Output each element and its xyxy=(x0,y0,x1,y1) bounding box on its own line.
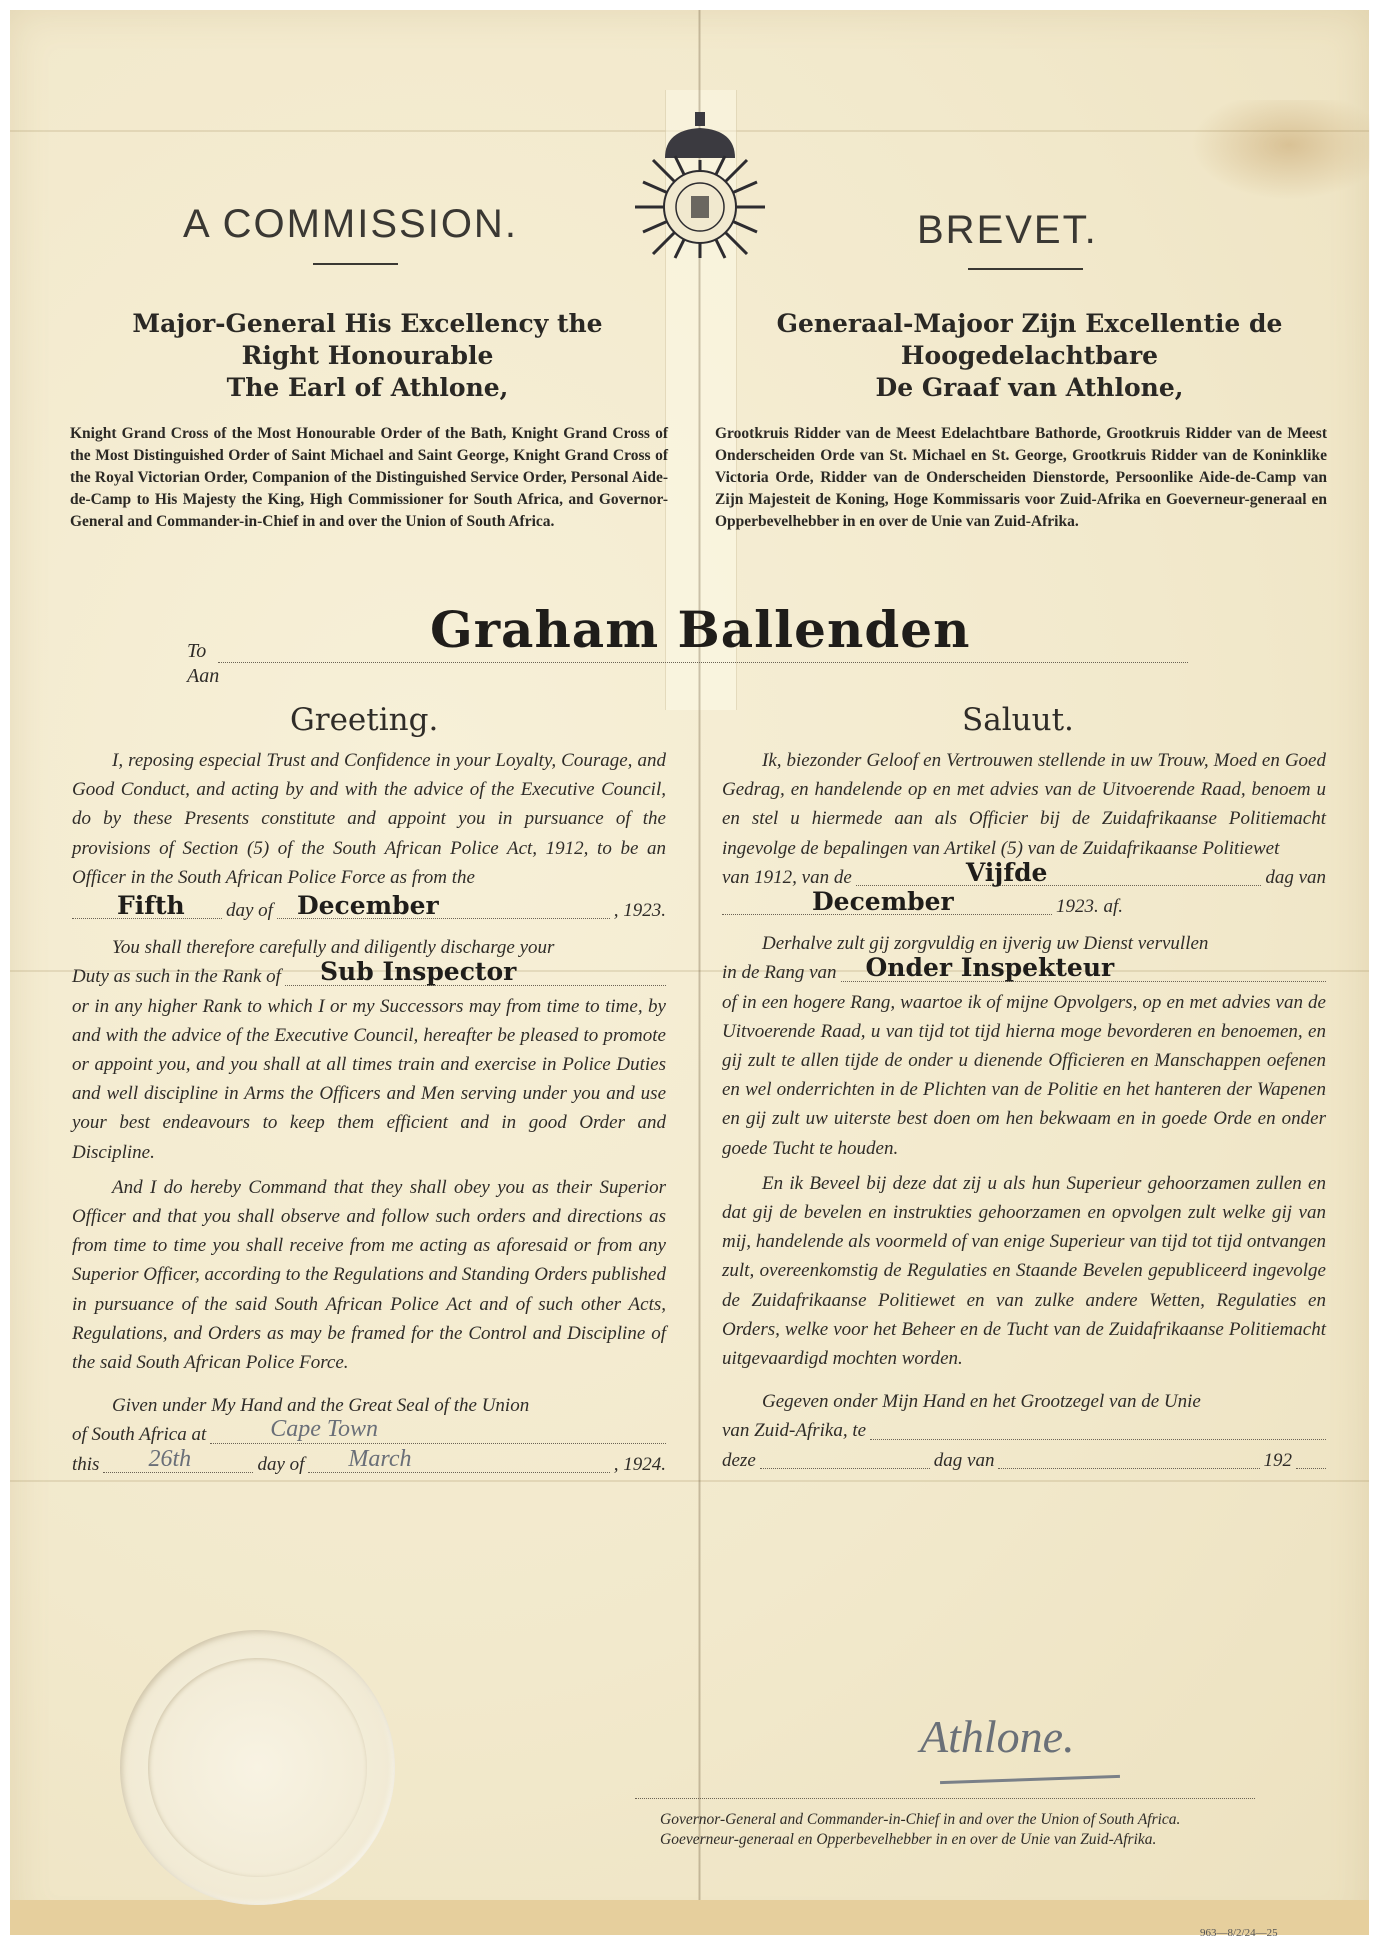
discoloured-edge xyxy=(10,1900,1369,1935)
rank-line: Duty as such in the Rank of Sub Inspecto… xyxy=(72,962,666,991)
af-deze-label: deze xyxy=(722,1446,756,1475)
af-date-year: 1923. af. xyxy=(1056,892,1123,921)
given-day-value: 26th xyxy=(148,1445,191,1474)
commission-document: A COMMISSION. BREVET. Major-General His … xyxy=(10,10,1369,1935)
signature-underline xyxy=(940,1775,1120,1784)
appointment-date-line: Fifth day of December , 1923. xyxy=(72,896,666,925)
rank-label: Duty as such in the Rank of xyxy=(72,962,281,991)
water-stain xyxy=(1190,100,1370,200)
honours-afrikaans: Grootkruis Ridder van de Meest Edelachtb… xyxy=(715,423,1327,533)
day-of-label: day of xyxy=(226,896,273,925)
signature-caption: Governor-General and Commander-in-Chief … xyxy=(660,1810,1180,1850)
af-place-label: van Zuid-Afrika, te xyxy=(722,1416,866,1445)
af-dag-van-label: dag van xyxy=(1265,863,1326,892)
caption-english: Governor-General and Commander-in-Chief … xyxy=(660,1810,1180,1830)
given-day-of-label: day of xyxy=(257,1450,304,1479)
greeting-english: Greeting. xyxy=(290,702,438,738)
english-body: I, reposing especial Trust and Confidenc… xyxy=(72,746,666,1479)
caption-afrikaans: Goeverneur-generaal en Opperbevelhebber … xyxy=(660,1830,1180,1850)
af-year-label: 192 xyxy=(1264,1446,1293,1475)
signature-line xyxy=(635,1798,1255,1799)
place-value: Cape Town xyxy=(270,1415,378,1444)
english-para-3: And I do hereby Command that they shall … xyxy=(72,1173,666,1377)
aan-label: Aan xyxy=(187,665,219,688)
signature: Athlone. xyxy=(920,1710,1075,1763)
afrikaans-para-2-rest: of in een hogere Rang, waartoe ik of mij… xyxy=(722,988,1326,1163)
af-rank-line: in de Rang van Onder Inspekteur xyxy=(722,958,1326,987)
title-english: Major-General His Excellency the Right H… xyxy=(70,308,665,404)
recipient-name: Graham Ballenden xyxy=(430,600,970,659)
great-seal-embossed-icon xyxy=(120,1630,395,1905)
af-given-dag-van-label: dag van xyxy=(934,1446,995,1475)
af-rank-value: Onder Inspekteur xyxy=(866,953,1115,982)
english-para-2-rest: or in any higher Rank to which I or my S… xyxy=(72,992,666,1167)
recipient-line xyxy=(218,662,1188,663)
af-given-line: Gegeven onder Mijn Hand en het Grootzege… xyxy=(722,1387,1326,1416)
given-date-line: this 26th day of March , 1924. xyxy=(72,1450,666,1479)
given-year-label: , 1924. xyxy=(614,1450,666,1479)
this-label: this xyxy=(72,1450,99,1479)
af-given-date-line: deze dag van 192 xyxy=(722,1446,1326,1475)
honours-english: Knight Grand Cross of the Most Honourabl… xyxy=(70,423,668,533)
date-day-value: Fifth xyxy=(117,891,185,920)
heading-english: A COMMISSION. xyxy=(183,202,518,247)
heading-rule xyxy=(313,263,398,265)
fold-line xyxy=(10,1480,1369,1482)
afrikaans-para-1: Ik, biezonder Geloof en Vertrouwen stell… xyxy=(722,746,1326,863)
english-para-1: I, reposing especial Trust and Confidenc… xyxy=(72,746,666,892)
af-date-month-value: December xyxy=(812,887,954,916)
af-place-line: van Zuid-Afrika, te xyxy=(722,1416,1326,1445)
title-afrikaans: Generaal-Majoor Zijn Excellentie de Hoog… xyxy=(722,308,1337,404)
date-month-value: December xyxy=(297,891,439,920)
af-date-day-value: Vijfde xyxy=(966,858,1048,887)
heading-rule xyxy=(968,268,1083,270)
tear-line xyxy=(698,10,701,1935)
date-year-label: , 1923. xyxy=(614,896,666,925)
south-african-police-badge-icon xyxy=(635,110,765,260)
print-code: 963—8/2/24—25 xyxy=(1200,1927,1278,1939)
af-date-month-line: December 1923. af. xyxy=(722,892,1326,921)
given-month-value: March xyxy=(348,1445,411,1474)
afrikaans-body: Ik, biezonder Geloof en Vertrouwen stell… xyxy=(722,746,1326,1475)
to-label: To xyxy=(187,640,206,663)
af-rank-label: in de Rang van xyxy=(722,958,837,987)
rank-value: Sub Inspector xyxy=(320,957,516,986)
afrikaans-para-3: En ik Beveel bij deze dat zij u als hun … xyxy=(722,1169,1326,1373)
heading-afrikaans: BREVET. xyxy=(917,208,1098,253)
greeting-afrikaans: Saluut. xyxy=(962,702,1074,738)
